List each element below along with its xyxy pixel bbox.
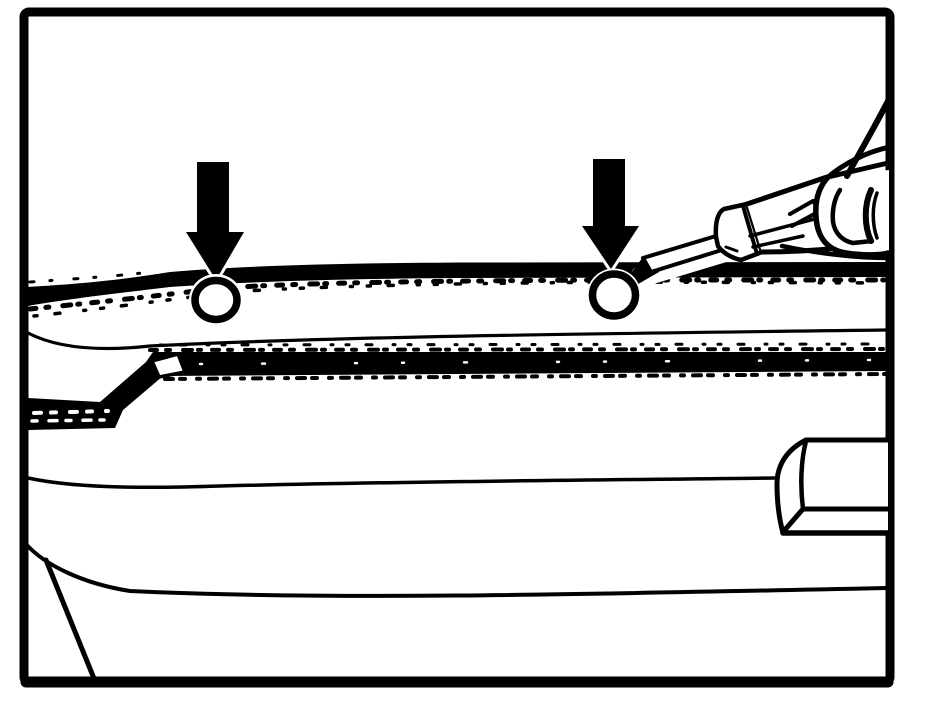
panel-top-edge (28, 262, 886, 316)
raised-handle-block (777, 440, 888, 533)
applicator-tool (625, 97, 890, 287)
hole-left (189, 274, 243, 326)
panel-contour-line-upper (28, 478, 774, 487)
corner-crease-line (46, 560, 95, 681)
down-arrow-right-icon (582, 159, 639, 269)
down-arrow-left-icon (186, 162, 244, 280)
hole-right (587, 269, 641, 322)
illustration-canvas (0, 0, 928, 704)
trim-channel-band (28, 330, 886, 430)
panel-contour-line-lower (25, 543, 886, 596)
